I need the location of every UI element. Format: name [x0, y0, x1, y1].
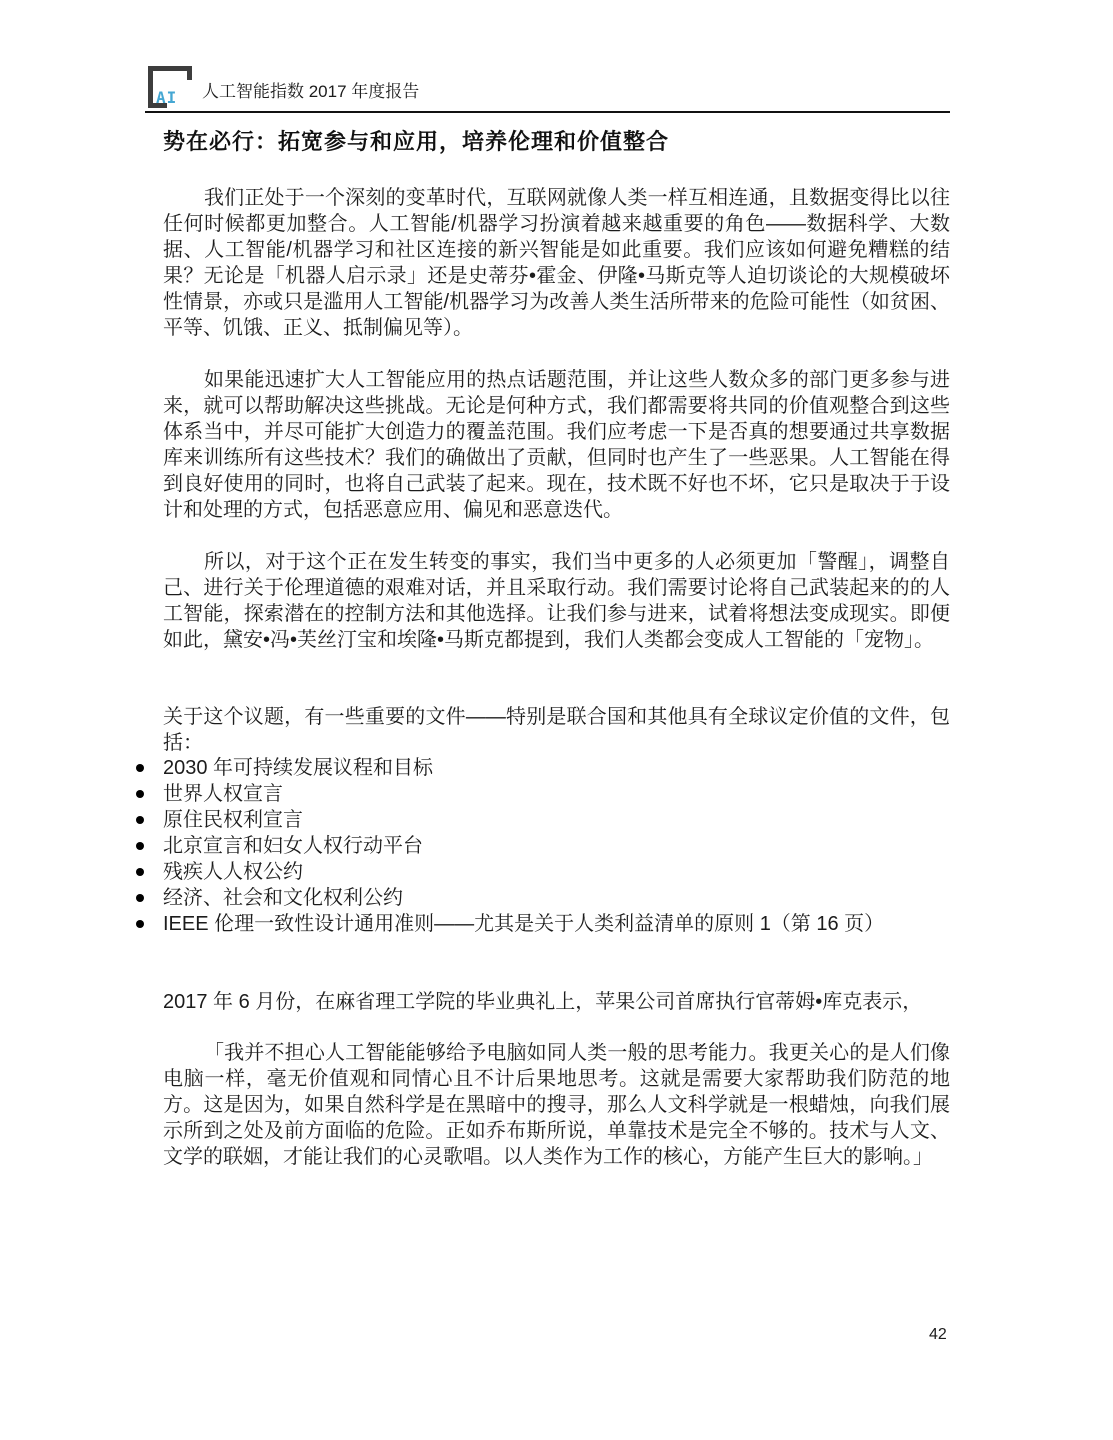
page-number: 42 [929, 1326, 947, 1344]
paragraph-3: 所以，对于这个正在发生转变的事实，我们当中更多的人必须更加「警醒」，调整自己、进… [163, 549, 950, 653]
header-rule [145, 111, 950, 113]
logo-frame [148, 66, 192, 71]
list-item: 世界人权宣言 [163, 781, 950, 807]
report-title: 人工智能指数 2017 年度报告 [202, 81, 419, 103]
paragraph-2: 如果能迅速扩大人工智能应用的热点话题范围，并让这些人数众多的部门更多参与进来，就… [163, 367, 950, 523]
logo-frame [148, 66, 153, 108]
tim-cook-quote: 「我并不担心人工智能能够给予电脑如同人类一般的思考能力。我更关心的是人们像电脑一… [163, 1040, 950, 1170]
logo-ai-text: AI [156, 90, 177, 106]
paragraph-tim-cook-intro: 2017 年 6 月份，在麻省理工学院的毕业典礼上，苹果公司首席执行官蒂姆•库克… [163, 989, 950, 1015]
ai-index-logo-icon: AI [148, 66, 192, 108]
list-item: 2030 年可持续发展议程和目标 [163, 755, 950, 781]
list-item: 北京宣言和妇女人权行动平台 [163, 833, 950, 859]
list-item: 原住民权利宣言 [163, 807, 950, 833]
list-item: IEEE 伦理一致性设计通用准则——尤其是关于人类利益清单的原则 1（第 16 … [163, 911, 950, 937]
document-page: AI 人工智能指数 2017 年度报告 势在必行：拓宽参与和应用，培养伦理和价值… [0, 0, 1113, 1440]
paragraph-1: 我们正处于一个深刻的变革时代，互联网就像人类一样互相连通，且数据变得比以往任何时… [163, 185, 950, 341]
logo-frame [187, 66, 192, 80]
list-item: 残疾人人权公约 [163, 859, 950, 885]
section-heading: 势在必行：拓宽参与和应用，培养伦理和价值整合 [163, 128, 950, 156]
important-documents-list: 2030 年可持续发展议程和目标 世界人权宣言 原住民权利宣言 北京宣言和妇女人… [163, 755, 950, 937]
list-item: 经济、社会和文化权利公约 [163, 885, 950, 911]
list-intro-paragraph: 关于这个议题，有一些重要的文件——特别是联合国和其他具有全球议定价值的文件，包括… [163, 704, 950, 756]
